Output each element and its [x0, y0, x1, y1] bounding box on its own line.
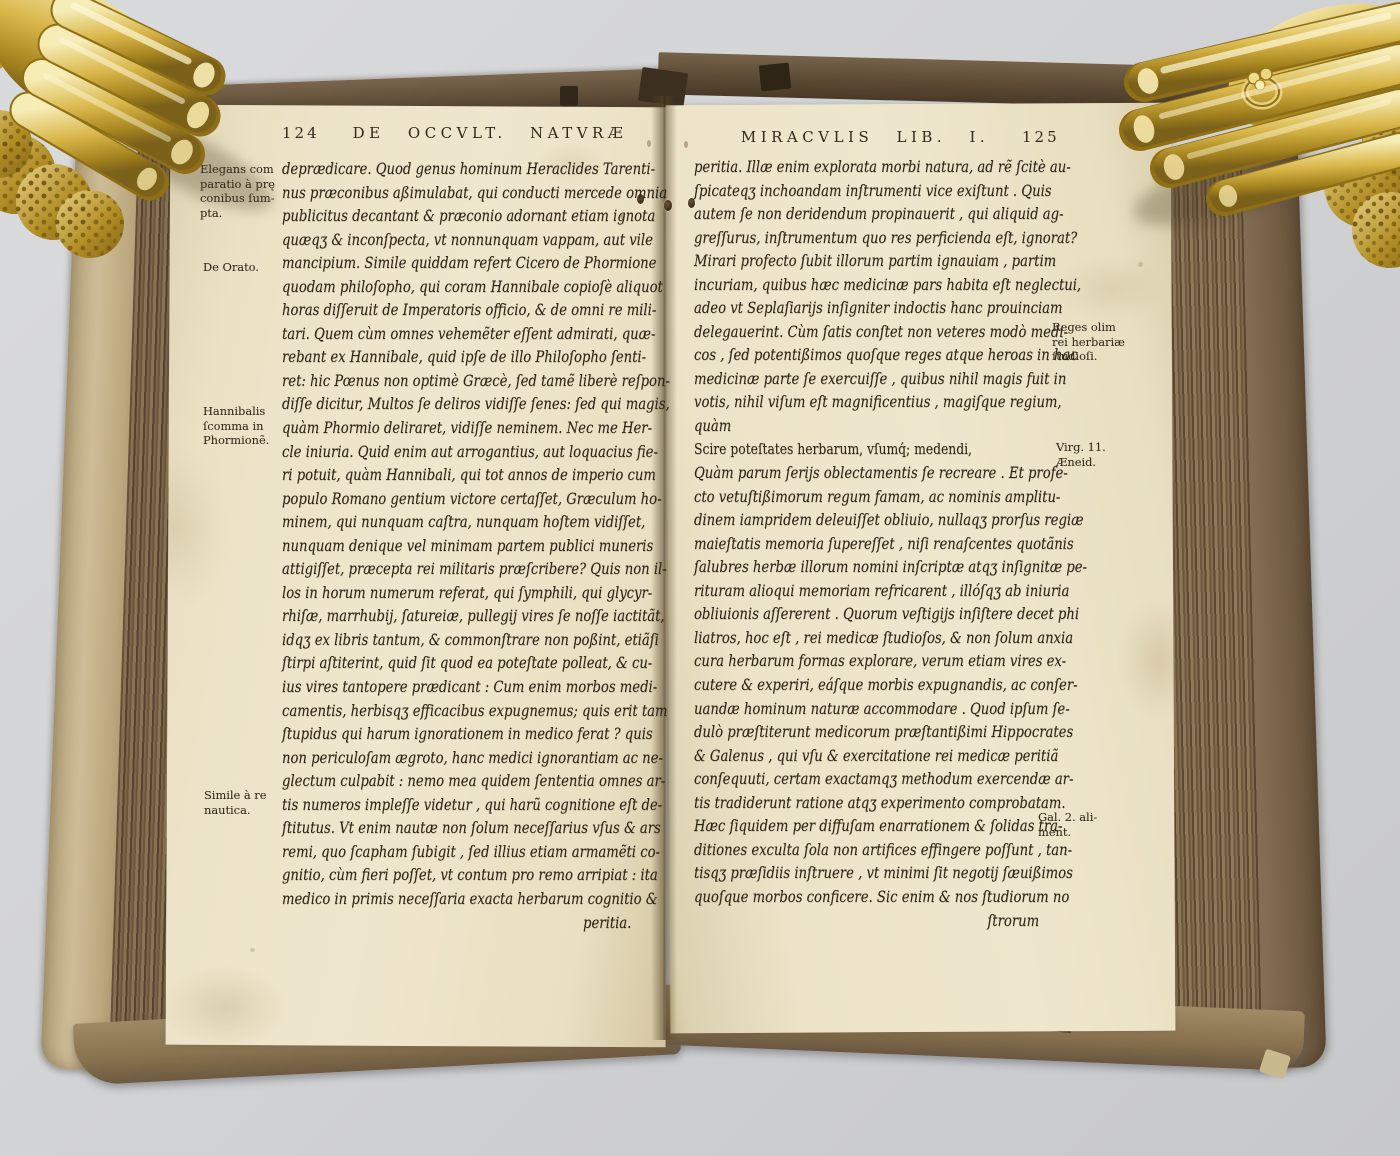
text-line: rebant ex Hannibale, quid ipſe de illo P… — [282, 346, 643, 370]
text-line: cto vetuſtißimorum regum famam, ac nomin… — [694, 486, 1051, 510]
text-line: rhiſæ, marrhubij, ſatureiæ, pullegij vir… — [282, 605, 643, 629]
text-line: & Galenus , qui vſu & exercitatione rei … — [694, 745, 1051, 769]
text-line: dulò præſtiterunt medicorum præſtantißim… — [694, 721, 1051, 745]
margin-note: Virg. 11. Æneid. — [1056, 440, 1142, 469]
text-line: Mirari profecto ſubit illorum partim ign… — [694, 250, 1051, 274]
text-line: deprædicare. Quod genus hominum Heraclid… — [282, 158, 643, 182]
paper-speck — [684, 141, 688, 148]
text-line: populo Romano gentium victore certaſſet,… — [282, 488, 643, 512]
text-line: cos , ſed potentißimos quoſque reges atq… — [694, 344, 1051, 368]
text-line: quodam philoſopho, qui coram Hannibale c… — [282, 276, 643, 300]
text-line: ditiones exculta ſola non artifices effi… — [694, 839, 1051, 863]
text-line: maieſtatis memoria ſupereſſet , niſi ren… — [694, 533, 1051, 557]
text-line: ſtirpi aſtiterint, quid ſit quod ea pote… — [282, 652, 643, 676]
text-line: conſequuti, certam exactamqʒ methodum ex… — [694, 768, 1051, 792]
text-line: cle iniuria. Quid enim aut arrogantius, … — [282, 441, 643, 465]
text-line: mancipium. Simile quiddam refert Cicero … — [282, 252, 643, 276]
text-line: ſtrorum — [694, 910, 1051, 934]
text-line: gnitio, cùm fieri poſſet, vt contum pro … — [282, 864, 643, 888]
text-line: diſſe dicitur, Multos ſe deliros vidiſſe… — [282, 393, 643, 417]
text-line: ius vires tantopere prædicant : Cum enim… — [282, 676, 643, 700]
text-line: tari. Quem cùm omnes vehemẽter eſſent ad… — [282, 323, 643, 347]
main-text-left: deprædicare. Quod genus hominum Heraclid… — [282, 158, 643, 935]
text-line: medicinæ parte ſe exercuiſſe , quibus ni… — [694, 368, 1051, 392]
text-line: obliuionis aſſererent . Quorum veſtigijs… — [694, 603, 1051, 627]
text-line: rituram alioqui memoriam refricarent , i… — [694, 580, 1051, 604]
text-line: glectum culpabit : nemo mea quidem ſente… — [282, 770, 643, 794]
text-line: Quàm parum ſerijs oblectamentis ſe recre… — [694, 462, 1051, 486]
text-line: ſtitutus. Vt enim nautæ non ſolum neceſſ… — [282, 817, 643, 841]
spine-damage-chip — [759, 63, 792, 92]
spine-damage-chip — [560, 86, 578, 106]
text-line: autem ſe non deridendum propinauerit , q… — [694, 203, 1051, 227]
text-line: los in horum numerum referat, qui ſymphi… — [282, 582, 643, 606]
text-line: Scire poteſtates herbarum, vſumq́; meden… — [694, 439, 1051, 463]
text-line: camentis, herbisqʒ efficacibus expugnemu… — [282, 700, 643, 724]
text-line: Hæc ſiquidem per diffuſam enarrationem &… — [694, 815, 1051, 839]
margin-note: Simile à re nautica. — [204, 788, 290, 817]
text-line: ri potuit, quàm Hannibali, qui tot annos… — [282, 464, 643, 488]
page-number-right: 125 — [1022, 128, 1060, 146]
text-line: uandæ hominum naturæ accommodare . Quod … — [694, 698, 1051, 722]
text-line: incuriam, quibus hæc medicinæ pars habit… — [694, 274, 1051, 298]
text-line: remi, quo ſcapham ſubigit , ſed illius e… — [282, 841, 643, 865]
margin-note: Hannibalis ſcomma in Phormionẽ. — [203, 404, 289, 448]
text-line: votis, nihil viſum eſt magnificentius , … — [694, 391, 1051, 415]
text-line: peritia. Illæ enim explorata morbi natur… — [694, 156, 1051, 180]
text-line: quæqʒ & inconſpecta, vt nonnunquam vappa… — [282, 229, 643, 253]
margin-note: Gal. 2. ali- ment. — [1038, 810, 1124, 839]
text-line: quoſque morbos conficere. Sic enim & nos… — [694, 886, 1051, 910]
text-line: cura herbarum formas explorare, verum et… — [694, 650, 1051, 674]
text-line: medico in primis neceſſaria exacta herba… — [282, 888, 643, 912]
text-line: tis tradiderunt ratione atqʒ experimento… — [694, 792, 1051, 816]
text-line: tis numeros impleſſe videtur , qui harũ … — [282, 794, 643, 818]
gilt-hand-left — [0, 0, 288, 270]
text-line: nunquam denique vel minimam partem publi… — [282, 535, 643, 559]
text-line: ret: hic Pœnus non optimè Græcè, ſed tam… — [282, 370, 643, 394]
text-line: delegauerint. Cùm ſatis conſtet non vete… — [694, 321, 1051, 345]
text-line: minem, qui nunquam caſtra, nunquam hoſte… — [282, 511, 643, 535]
text-line: publicitus decantant & præconio adornant… — [282, 205, 643, 229]
text-line: liatros, hoc eſt , rei medicæ ſtudioſos,… — [694, 627, 1051, 651]
text-line: nus præconibus aßimulabat, qui conducti … — [282, 182, 643, 206]
paper-speck — [647, 140, 651, 147]
running-header-left: DE OCCVLT. NATVRÆ — [340, 124, 640, 142]
main-text-right: peritia. Illæ enim explorata morbi natur… — [694, 156, 1051, 933]
text-line: tisqʒ præſidiis inſtruere , vt minimi ſi… — [694, 862, 1051, 886]
text-line: attigiſſet, præcepta rei militaris præſc… — [282, 558, 643, 582]
text-line: quàm — [694, 415, 1051, 439]
text-line: ſalubres herbæ illorum nomini inſcriptæ … — [694, 556, 1051, 580]
paper-speck — [250, 948, 255, 952]
text-line: adeo vt Seplaſiarijs inſigniter indoctis… — [694, 297, 1051, 321]
text-line: idqʒ ex libris tantum, & commonſtrare no… — [282, 629, 643, 653]
photo-of-antique-book: 124 DE OCCVLT. NATVRÆ deprædicare. Quod … — [0, 0, 1400, 1156]
text-line: dinem iampridem deleuiſſet obliuio, null… — [694, 509, 1051, 533]
running-header-right: MIRACVLIS LIB. I. — [720, 128, 1010, 146]
text-line: non periculoſam ægroto, hanc medici igno… — [282, 747, 643, 771]
text-line: horas diſſeruit de Imperatoris officio, … — [282, 299, 643, 323]
text-line: ſtupidus qui harum ignorationem in medic… — [282, 723, 643, 747]
text-line: quàm Phormio deliraret, vidiſſe neminem.… — [282, 417, 643, 441]
margin-note: Reges olim rei herbariæ ſtudioſi. — [1052, 320, 1138, 364]
text-line: greſſurus, inſtrumentum quo res perficie… — [694, 227, 1051, 251]
text-line: cutere & experiri, eáſque morbis expugna… — [694, 674, 1051, 698]
text-line: peritia. — [282, 912, 643, 936]
gilt-hand-right — [1104, 0, 1400, 276]
text-line: ſpicateqʒ inchoandam inſtrumenti vice ex… — [694, 180, 1051, 204]
